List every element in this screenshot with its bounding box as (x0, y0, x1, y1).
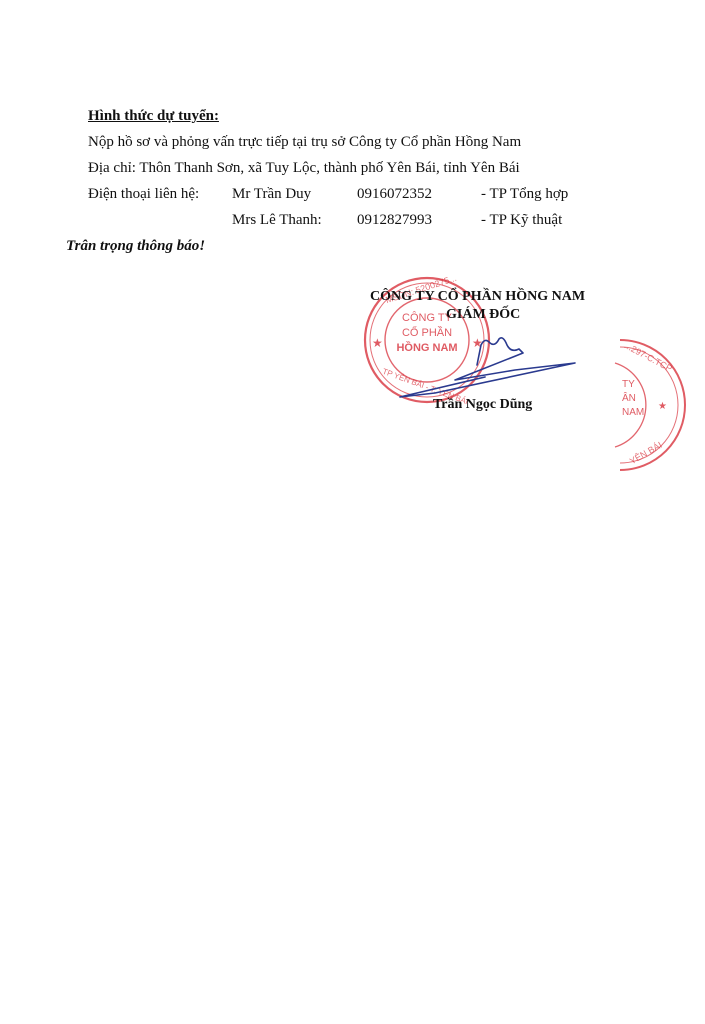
contact-phone-2: 0912827993 (357, 211, 432, 229)
contact-name-2: Mrs Lê Thanh: (232, 211, 322, 229)
svg-text:★: ★ (658, 401, 667, 412)
contact-role-2: - TP Kỹ thuật (481, 211, 562, 229)
partial-stamp-text: TY ÂN NAM (622, 378, 644, 420)
section-heading: Hình thức dự tuyển: (88, 107, 219, 125)
submission-info: Nộp hồ sơ và phỏng vấn trực tiếp tại trụ… (88, 133, 521, 151)
contact-role-1: - TP Tổng hợp (481, 185, 568, 203)
closing-text: Trân trọng thông báo! (66, 237, 205, 255)
signature-company: CÔNG TY CỔ PHẦN HỒNG NAM (370, 289, 585, 305)
contact-name-1: Mr Trần Duy (232, 185, 311, 203)
contact-phone-1: 0916072352 (357, 185, 432, 203)
address-info: Địa chỉ: Thôn Thanh Sơn, xã Tuy Lộc, thà… (88, 159, 520, 177)
signature-name: Trần Ngọc Dũng (433, 397, 532, 413)
contact-label: Điện thoại liên hệ: (88, 185, 199, 203)
signature-title: GIÁM ĐỐC (446, 307, 520, 323)
handwritten-signature (395, 325, 585, 400)
